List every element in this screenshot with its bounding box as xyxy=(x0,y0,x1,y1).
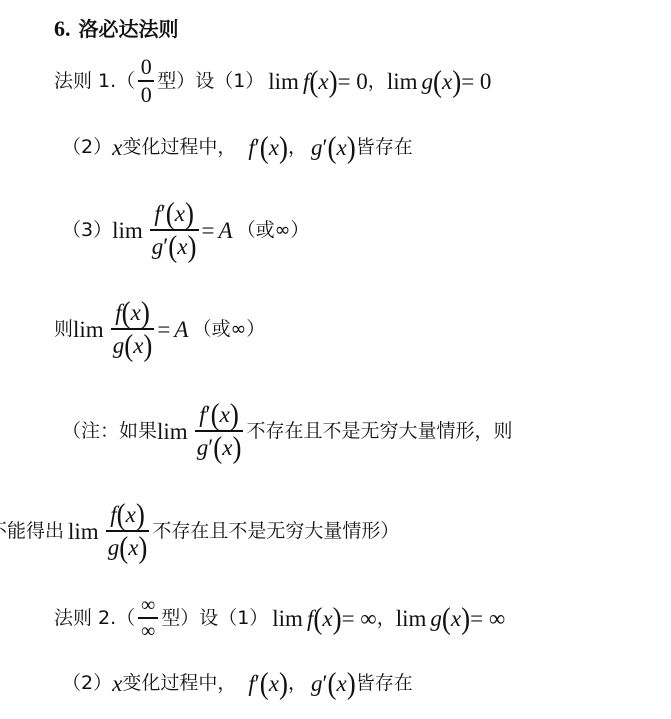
lim-operator: lim xyxy=(272,607,303,630)
variable-x: x xyxy=(175,202,185,225)
function-g: g xyxy=(430,607,442,630)
fraction-denominator: 0 xyxy=(139,84,154,106)
comma: ， xyxy=(288,674,307,693)
condition-text: 变化过程中， xyxy=(122,138,236,157)
fraction-bar xyxy=(138,617,158,618)
fraction-denominator: g ( x ) xyxy=(106,534,150,561)
variable-x: x xyxy=(269,136,279,159)
variable-x: x xyxy=(112,136,122,159)
paren: ( xyxy=(122,297,131,328)
comma: ， xyxy=(377,609,396,628)
section-heading: 6. 洛必达法则 xyxy=(54,18,179,40)
function-ratio-fraction: f ( x ) g ( x ) xyxy=(111,299,155,358)
paren: ( xyxy=(309,65,318,96)
paren: ( xyxy=(433,65,442,96)
variable-x: x xyxy=(220,403,230,426)
fraction-numerator: f ′ ( x ) xyxy=(197,401,241,428)
lim-operator: lim xyxy=(157,420,188,443)
paren: ( xyxy=(328,131,337,162)
variable-x: x xyxy=(128,536,138,559)
condition-2-line: （2） x 变化过程中， f ′ ( x ) ， g ′ ( x ) 皆存在 xyxy=(62,132,413,162)
paren: ) xyxy=(232,432,241,463)
rule-1-type: 型）设（1） xyxy=(157,72,264,91)
lim-operator: lim xyxy=(268,70,299,93)
fraction-numerator: f ( x ) xyxy=(113,299,152,326)
function-g: g xyxy=(152,235,164,258)
paren: ) xyxy=(279,667,288,698)
paren: ) xyxy=(143,330,152,361)
paren: ) xyxy=(461,602,470,633)
rule-1-line: 法则 1. （ 0 0 型）设（1） lim f ( x ) = 0 ， lim… xyxy=(54,50,491,112)
equals-sign: = xyxy=(202,219,215,242)
rule-2-label: 法则 2. xyxy=(54,609,116,628)
variable-x: x xyxy=(337,672,347,695)
paren: ) xyxy=(230,399,239,430)
section-title: 洛必达法则 xyxy=(79,19,179,39)
fraction-denominator: g ′ ( x ) xyxy=(150,233,199,260)
paren: ) xyxy=(452,65,461,96)
comma: ， xyxy=(288,138,307,157)
paren: ) xyxy=(138,532,147,563)
lim-operator: lim xyxy=(387,70,418,93)
equals-infinity: = ∞ xyxy=(342,607,377,630)
fraction-denominator: g ′ ( x ) xyxy=(195,434,244,461)
variable-x: x xyxy=(451,607,461,630)
paren: ( xyxy=(211,399,220,430)
paren: ( xyxy=(328,667,337,698)
function-g: g xyxy=(197,436,209,459)
condition-3-line: （3） lim f ′ ( x ) g ′ ( x ) = A （或∞） xyxy=(62,195,309,265)
fraction-numerator: f ( x ) xyxy=(108,501,147,528)
condition-suffix: 皆存在 xyxy=(356,138,413,157)
comma: ， xyxy=(368,72,387,91)
function-g: g xyxy=(311,136,323,159)
rule-2-line: 法则 2. （ ∞ ∞ 型）设（1） lim f ( x ) = ∞ ， lim… xyxy=(54,590,505,646)
open-paren: （ xyxy=(116,72,135,91)
rule-2-type: 型）设（1） xyxy=(161,609,268,628)
rule-1-label: 法则 1. xyxy=(54,72,116,91)
function-g: g xyxy=(108,536,120,559)
note-line-1: （注：如果 lim f ′ ( x ) g ′ ( x ) 不存在且不是无穷大量… xyxy=(62,395,512,467)
open-paren: （ xyxy=(116,609,135,628)
note-line-2: 不能得出 lim f ( x ) g ( x ) 不存在且不是无穷大量情形） xyxy=(0,495,399,567)
condition-text: 变化过程中， xyxy=(122,674,236,693)
paren: ) xyxy=(185,198,194,229)
fraction-denominator: g ( x ) xyxy=(111,332,155,359)
condition-number: （2） xyxy=(62,674,112,693)
condition-number: （2） xyxy=(62,138,112,157)
note2-prefix: 不能得出 xyxy=(0,522,64,541)
lim-operator: lim xyxy=(396,607,427,630)
lim-operator: lim xyxy=(112,219,143,242)
paren: ) xyxy=(347,131,356,162)
variable-x: x xyxy=(318,70,328,93)
section-number: 6. xyxy=(54,18,71,40)
paren: ) xyxy=(136,499,145,530)
paren: ) xyxy=(333,602,342,633)
conclusion-line: 则 lim f ( x ) g ( x ) = A （或∞） xyxy=(54,293,265,365)
equals-infinity: = ∞ xyxy=(470,607,505,630)
derivative-ratio-fraction: f ′ ( x ) g ′ ( x ) xyxy=(195,401,244,460)
paren: ( xyxy=(313,602,322,633)
paren: ( xyxy=(119,532,128,563)
variable-x: x xyxy=(269,672,279,695)
paren: ( xyxy=(117,499,126,530)
note-prefix: （注：如果 xyxy=(62,422,157,441)
variable-x: x xyxy=(126,503,136,526)
paren: ) xyxy=(279,131,288,162)
variable-x: x xyxy=(112,672,122,695)
limit-value-A: A xyxy=(174,318,188,341)
conclusion-prefix: 则 xyxy=(54,320,73,339)
paren: ( xyxy=(260,667,269,698)
variable-x: x xyxy=(337,136,347,159)
note-suffix: 不存在且不是无穷大量情形，则 xyxy=(246,422,512,441)
function-ratio-fraction: f ( x ) g ( x ) xyxy=(106,501,150,560)
condition-2b-line: （2） x 变化过程中， f ′ ( x ) ， g ′ ( x ) 皆存在 xyxy=(62,668,413,698)
zero-over-zero-fraction: 0 0 xyxy=(138,56,154,105)
function-g: g xyxy=(113,334,125,357)
or-infinity-note: （或∞） xyxy=(192,320,265,339)
equals-zero: = 0 xyxy=(461,70,491,93)
paren: ( xyxy=(260,131,269,162)
paren: ( xyxy=(442,602,451,633)
limit-value-A: A xyxy=(219,219,233,242)
paren: ( xyxy=(213,432,222,463)
fraction-denominator: ∞ xyxy=(139,621,157,641)
paren: ) xyxy=(188,231,197,262)
variable-x: x xyxy=(177,235,187,258)
variable-x: x xyxy=(131,301,141,324)
note2-suffix: 不存在且不是无穷大量情形） xyxy=(152,522,399,541)
condition-number: （3） xyxy=(62,221,112,240)
function-g: g xyxy=(311,672,323,695)
derivative-ratio-fraction: f ′ ( x ) g ′ ( x ) xyxy=(150,200,199,259)
fraction-numerator: 0 xyxy=(139,56,154,78)
variable-x: x xyxy=(442,70,452,93)
variable-x: x xyxy=(133,334,143,357)
paren: ( xyxy=(168,231,177,262)
or-infinity-note: （或∞） xyxy=(237,221,310,240)
equals-zero: = 0 xyxy=(338,70,368,93)
function-g: g xyxy=(421,70,433,93)
paren: ) xyxy=(141,297,150,328)
lim-operator: lim xyxy=(73,318,104,341)
condition-suffix: 皆存在 xyxy=(356,674,413,693)
paren: ( xyxy=(124,330,133,361)
fraction-numerator: ∞ xyxy=(139,595,157,615)
variable-x: x xyxy=(322,607,332,630)
paren: ) xyxy=(347,667,356,698)
variable-x: x xyxy=(222,436,232,459)
fraction-numerator: f ′ ( x ) xyxy=(152,200,196,227)
paren: ( xyxy=(166,198,175,229)
infinity-over-infinity-fraction: ∞ ∞ xyxy=(138,595,158,640)
paren: ) xyxy=(329,65,338,96)
lim-operator: lim xyxy=(68,520,99,543)
equals-sign: = xyxy=(157,318,170,341)
